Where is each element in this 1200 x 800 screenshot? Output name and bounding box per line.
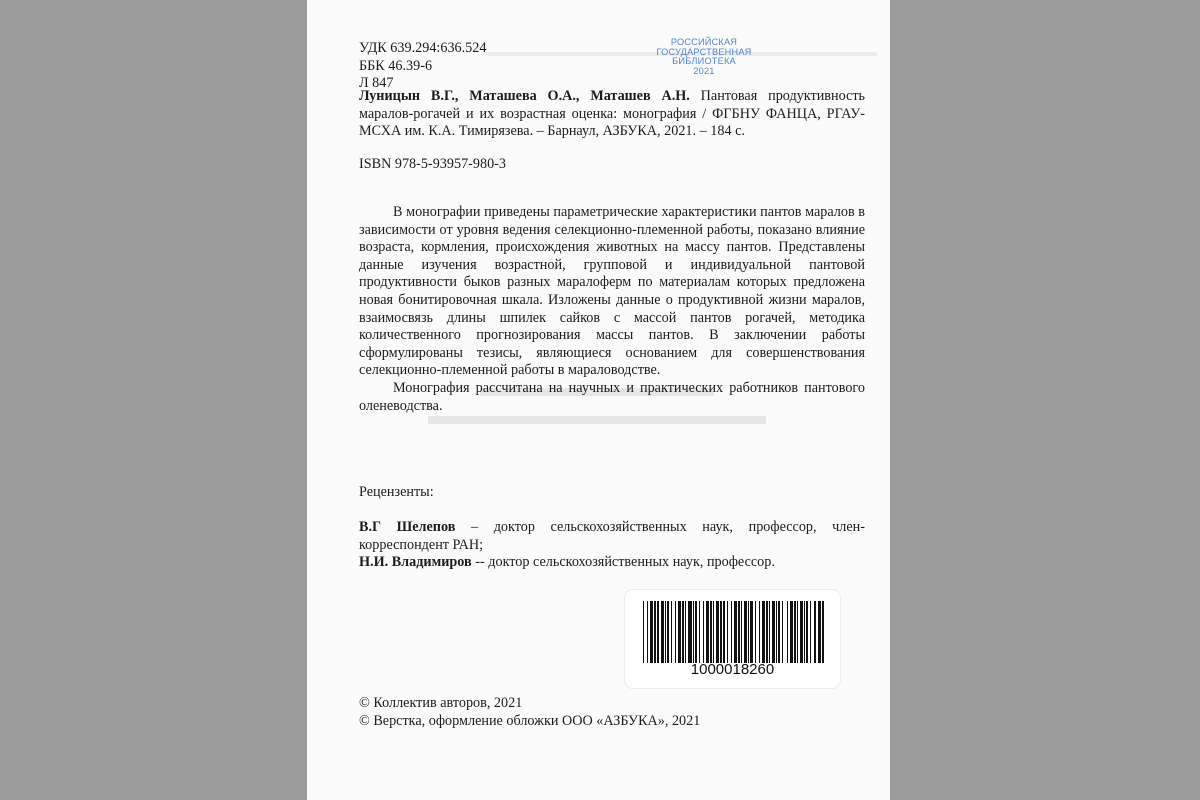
barcode-number: 1000018260 — [625, 662, 840, 678]
bibliographic-citation: Луницын В.Г., Маташева О.А., Маташев А.Н… — [359, 88, 865, 141]
copyright-line: © Верстка, оформление обложки ООО «АЗБУК… — [359, 713, 865, 731]
annotation: В монографии приведены параметрические х… — [359, 204, 865, 415]
bbk-code: ББК 46.39-6 — [359, 58, 865, 76]
citation-authors: Луницын В.Г., Маташева О.А., Маташев А.Н… — [359, 88, 690, 104]
annotation-paragraph: В монографии приведены параметрические х… — [359, 204, 865, 380]
classification-block: УДК 639.294:636.524 ББК 46.39-6 Л 847 — [359, 40, 865, 93]
library-stamp: РОССИЙСКАЯ ГОСУДАРСТВЕННАЯ БИБЛИОТЕКА 20… — [644, 38, 764, 76]
scanned-page: ▬▬▬▬▬▬▬▬▬▬▬▬▬▬▬▬▬▬▬▬▬▬▬▬▬▬▬▬▬▬ ▬▬▬▬▬▬▬▬▬… — [307, 0, 890, 800]
barcode-sticker: 1000018260 — [625, 590, 840, 688]
annotation-paragraph: Монография рассчитана на научных и практ… — [359, 380, 865, 415]
reviewer-name: Н.И. Владимиров — [359, 554, 472, 570]
stamp-line: 2021 — [644, 67, 764, 77]
reviewer-entry: В.Г Шелепов – доктор сельскохозяйственны… — [359, 519, 865, 554]
reviewers-list: В.Г Шелепов – доктор сельскохозяйственны… — [359, 519, 865, 572]
reviewers-title: Рецензенты: — [359, 484, 865, 502]
reviewer-entry: Н.И. Владимиров -- доктор сельскохозяйст… — [359, 554, 865, 572]
udk-code: УДК 639.294:636.524 — [359, 40, 865, 58]
barcode — [643, 601, 825, 663]
reviewer-description: -- доктор сельскохозяйственных наук, про… — [472, 554, 775, 570]
reviewer-name: В.Г Шелепов — [359, 519, 455, 535]
isbn: ISBN 978-5-93957-980-3 — [359, 156, 865, 174]
copyright-block: © Коллектив авторов, 2021 © Верстка, офо… — [359, 695, 865, 730]
copyright-line: © Коллектив авторов, 2021 — [359, 695, 865, 713]
